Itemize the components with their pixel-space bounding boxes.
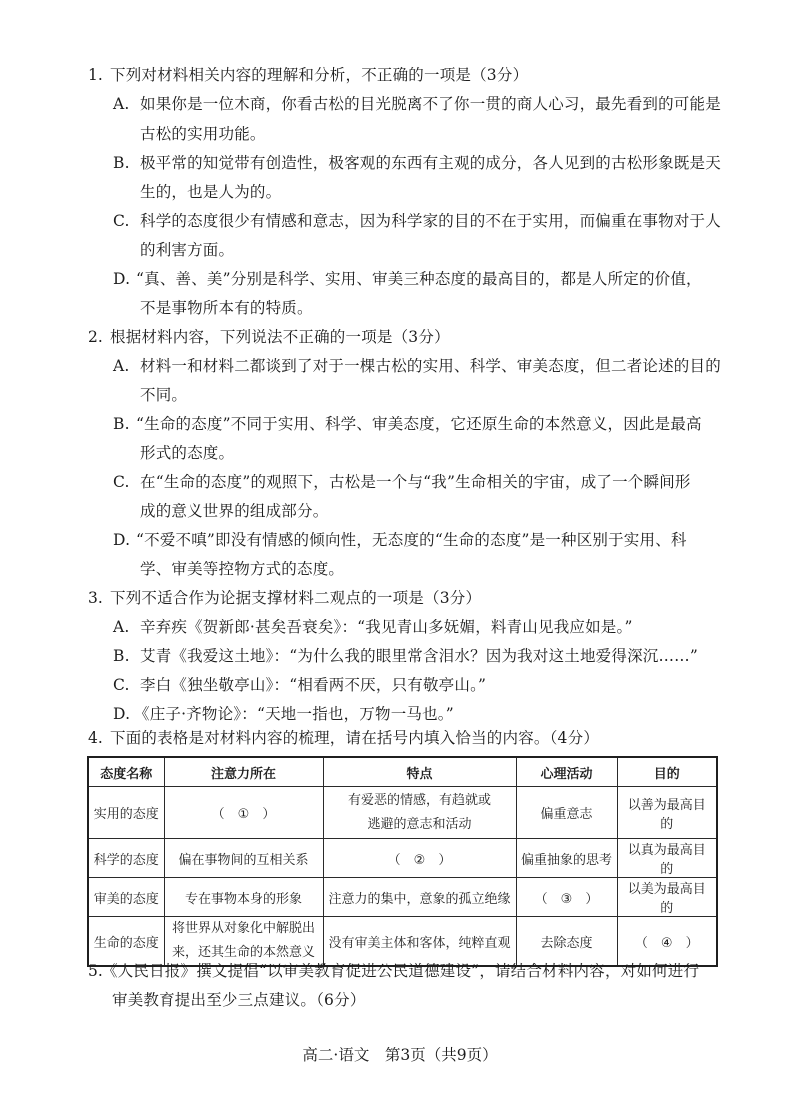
- blank-4: （ ④ ）: [617, 917, 717, 967]
- attitude-table: 态度名称 注意力所在 特点 心理活动 目的 实用的态度 （ ① ） 有爱恶的情感…: [87, 756, 718, 967]
- cell: 审美的态度: [88, 878, 164, 917]
- cell: 生命的态度: [88, 917, 164, 967]
- cell: 以真为最高目的: [617, 839, 717, 878]
- table-header-row: 态度名称 注意力所在 特点 心理活动 目的: [88, 757, 717, 787]
- q1-option-b-line2: 生的，也是人为的。: [140, 182, 281, 202]
- table-row: 实用的态度 （ ① ） 有爱恶的情感，有趋就或逃避的意志和活动 偏重意志 以善为…: [88, 787, 717, 839]
- cell: 以美为最高目的: [617, 878, 717, 917]
- q1-option-d-line1: “真、善、美”分别是科学、实用、审美三种态度的最高目的，都是人所定的价值，: [136, 269, 702, 289]
- cell: 专在事物本身的形象: [164, 878, 323, 917]
- q1-option-b-label: B.: [113, 153, 130, 173]
- q2-option-b-line1: “生命的态度”不同于实用、科学、审美态度，它还原生命的本然意义，因此是最高: [136, 414, 702, 434]
- q3-option-b-label: B.: [113, 646, 130, 666]
- q2-option-b-line2: 形式的态度。: [140, 443, 234, 463]
- question-5-number: 5.: [88, 961, 103, 981]
- q3-option-a-line1: 辛弃疾《贺新郎·甚矣吾衰矣》：“我见青山多妩媚，料青山见我应如是。”: [140, 617, 633, 637]
- cell: 没有审美主体和客体，纯粹直观: [323, 917, 516, 967]
- q1-option-b-line1: 极平常的知觉带有创造性，极客观的东西有主观的成分，各人见到的古松形象既是天: [140, 153, 721, 173]
- question-3-stem: 下列不适合作为论据支撑材料二观点的一项是（3分）: [110, 588, 481, 608]
- exam-page: 1. 下列对材料相关内容的理解和分析，不正确的一项是（3分） A. 如果你是一位…: [0, 0, 800, 1114]
- cell: 实用的态度: [88, 787, 164, 839]
- q2-option-c-line2: 成的意义世界的组成部分。: [140, 501, 328, 521]
- question-4-stem: 下面的表格是对材料内容的梳理，请在括号内填入恰当的内容。（4分）: [110, 728, 599, 748]
- header-goal: 目的: [617, 757, 717, 787]
- q2-option-b-label: B.: [113, 414, 130, 434]
- cell: 注意力的集中，意象的孤立绝缘: [323, 878, 516, 917]
- q1-option-a-line1: 如果你是一位木商，你看古松的目光脱离不了你一贯的商人心习，最先看到的可能是: [140, 94, 721, 114]
- table-row: 生命的态度 将世界从对象化中解脱出来，还其生命的本然意义 没有审美主体和客体，纯…: [88, 917, 717, 967]
- q3-option-a-label: A.: [113, 617, 130, 637]
- header-attitude-name: 态度名称: [88, 757, 164, 787]
- q2-option-a-label: A.: [113, 356, 130, 376]
- question-1-stem: 下列对材料相关内容的理解和分析，不正确的一项是（3分）: [110, 65, 528, 85]
- question-1-number: 1.: [88, 65, 103, 85]
- q1-option-a-line2: 古松的实用功能。: [140, 124, 266, 144]
- q2-option-a-line1: 材料一和材料二都谈到了对于一棵古松的实用、科学、审美态度，但二者论述的目的: [140, 356, 721, 376]
- q3-option-b-line1: 艾青《我爱这土地》：“为什么我的眼里常含泪水？因为我对这土地爱得深沉……”: [140, 646, 698, 666]
- q1-option-a-label: A.: [113, 94, 130, 114]
- q3-option-c-label: C.: [113, 675, 130, 695]
- table-row: 审美的态度 专在事物本身的形象 注意力的集中，意象的孤立绝缘 （ ③ ） 以美为…: [88, 878, 717, 917]
- header-characteristics: 特点: [323, 757, 516, 787]
- q1-option-c-line2: 的利害方面。: [140, 240, 234, 260]
- cell-split: 将世界从对象化中解脱出来，还其生命的本然意义: [164, 917, 323, 967]
- q2-option-d-label: D.: [113, 530, 130, 550]
- q3-option-d-line1: 《庄子·齐物论》：“天地一指也，万物一马也。”: [134, 704, 454, 724]
- table-row: 科学的态度 偏在事物间的互相关系 （ ② ） 偏重抽象的思考 以真为最高目的: [88, 839, 717, 878]
- question-2-number: 2.: [88, 327, 103, 347]
- blank-2: （ ② ）: [323, 839, 516, 878]
- question-3-number: 3.: [88, 588, 103, 608]
- page-footer: 高二·语文 第3页（共9页）: [0, 1043, 800, 1065]
- question-4-number: 4.: [88, 728, 103, 748]
- blank-1: （ ① ）: [164, 787, 323, 839]
- cell: 偏重抽象的思考: [516, 839, 617, 878]
- question-5-line1: 《人民日报》撰文提倡“以审美教育促进公民道德建设”，请结合材料内容，对如何进行: [102, 961, 699, 981]
- header-mental-activity: 心理活动: [516, 757, 617, 787]
- q3-option-c-line1: 李白《独坐敬亭山》：“相看两不厌，只有敬亭山。”: [140, 675, 486, 695]
- q2-option-d-line1: “不爱不嗔”即没有情感的倾向性，无态度的“生命的态度”是一种区别于实用、科: [136, 530, 687, 550]
- cell: 去除态度: [516, 917, 617, 967]
- question-5-line2: 审美教育提出至少三点建议。（6分）: [112, 990, 366, 1010]
- q1-option-d-line2: 不是事物所本有的特质。: [140, 298, 313, 318]
- q1-option-c-label: C.: [113, 211, 130, 231]
- cell: 以善为最高目的: [617, 787, 717, 839]
- header-attention-focus: 注意力所在: [164, 757, 323, 787]
- q3-option-d-label: D.: [113, 704, 130, 724]
- cell-split: 有爱恶的情感，有趋就或逃避的意志和活动: [323, 787, 516, 839]
- cell: 偏在事物间的互相关系: [164, 839, 323, 878]
- q2-option-d-line2: 学、审美等控物方式的态度。: [140, 559, 344, 579]
- q2-option-a-line2: 不同。: [140, 385, 187, 405]
- cell: 偏重意志: [516, 787, 617, 839]
- blank-3: （ ③ ）: [516, 878, 617, 917]
- question-2-stem: 根据材料内容，下列说法不正确的一项是（3分）: [110, 327, 450, 347]
- q2-option-c-label: C.: [113, 472, 130, 492]
- q1-option-c-line1: 科学的态度很少有情感和意志，因为科学家的目的不在于实用，而偏重在事物对于人: [140, 211, 721, 231]
- q1-option-d-label: D.: [113, 269, 130, 289]
- cell: 科学的态度: [88, 839, 164, 878]
- q2-option-c-line1: 在“生命的态度”的观照下，古松是一个与“我”生命相关的宇宙，成了一个瞬间形: [140, 472, 691, 492]
